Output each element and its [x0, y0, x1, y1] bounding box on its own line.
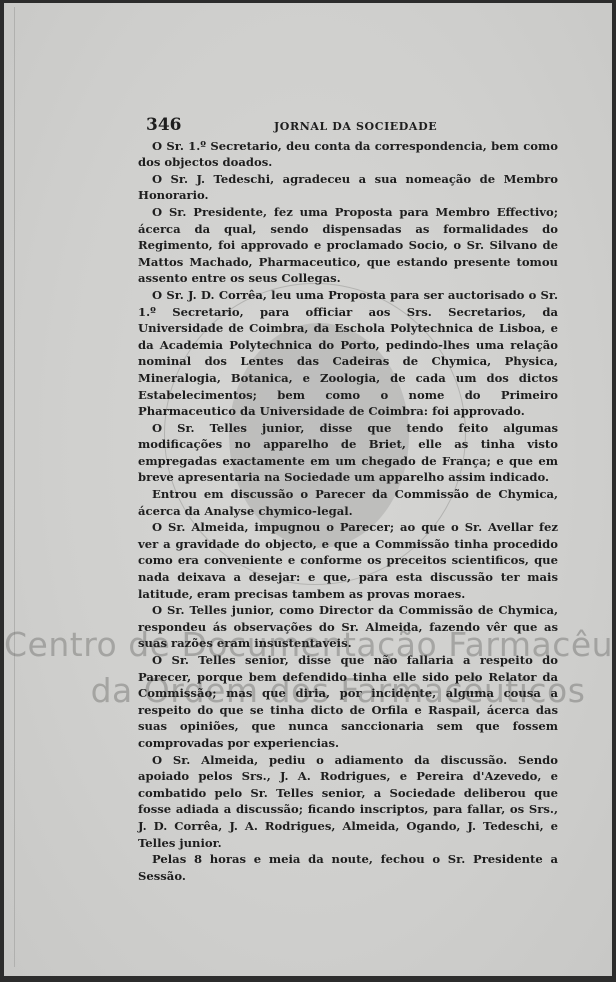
page-header: 346 JORNAL DA SOCIEDADE: [138, 117, 558, 136]
paragraph: O Sr. 1.º Secretario, deu conta da corre…: [138, 138, 558, 171]
paragraph: O Sr. Telles senior, disse que não falla…: [138, 652, 558, 752]
page-edge-line: [14, 7, 15, 967]
running-title: JORNAL DA SOCIEDADE: [274, 119, 437, 136]
page-body: 346 JORNAL DA SOCIEDADE O Sr. 1.º Secret…: [138, 117, 558, 884]
paragraph: O Sr. Presidente, fez uma Proposta para …: [138, 204, 558, 287]
paragraph: O Sr. Almeida, impugnou o Parecer; ao qu…: [138, 519, 558, 602]
scanned-page: Centro de Documentação Farmacêutica da O…: [4, 3, 612, 976]
paragraph: Pelas 8 horas e meia da noute, fechou o …: [138, 851, 558, 884]
paragraph: O Sr. J. D. Corrêa, leu uma Proposta par…: [138, 287, 558, 420]
paragraph: O Sr. Telles junior, como Director da Co…: [138, 602, 558, 652]
paragraph: Entrou em discussão o Parecer da Commiss…: [138, 486, 558, 519]
page-number: 346: [138, 117, 274, 134]
paragraph: O Sr. Telles junior, disse que tendo fei…: [138, 420, 558, 486]
paragraph: O Sr. J. Tedeschi, agradeceu a sua nomea…: [138, 171, 558, 204]
paragraph: O Sr. Almeida, pediu o adiamento da disc…: [138, 752, 558, 852]
